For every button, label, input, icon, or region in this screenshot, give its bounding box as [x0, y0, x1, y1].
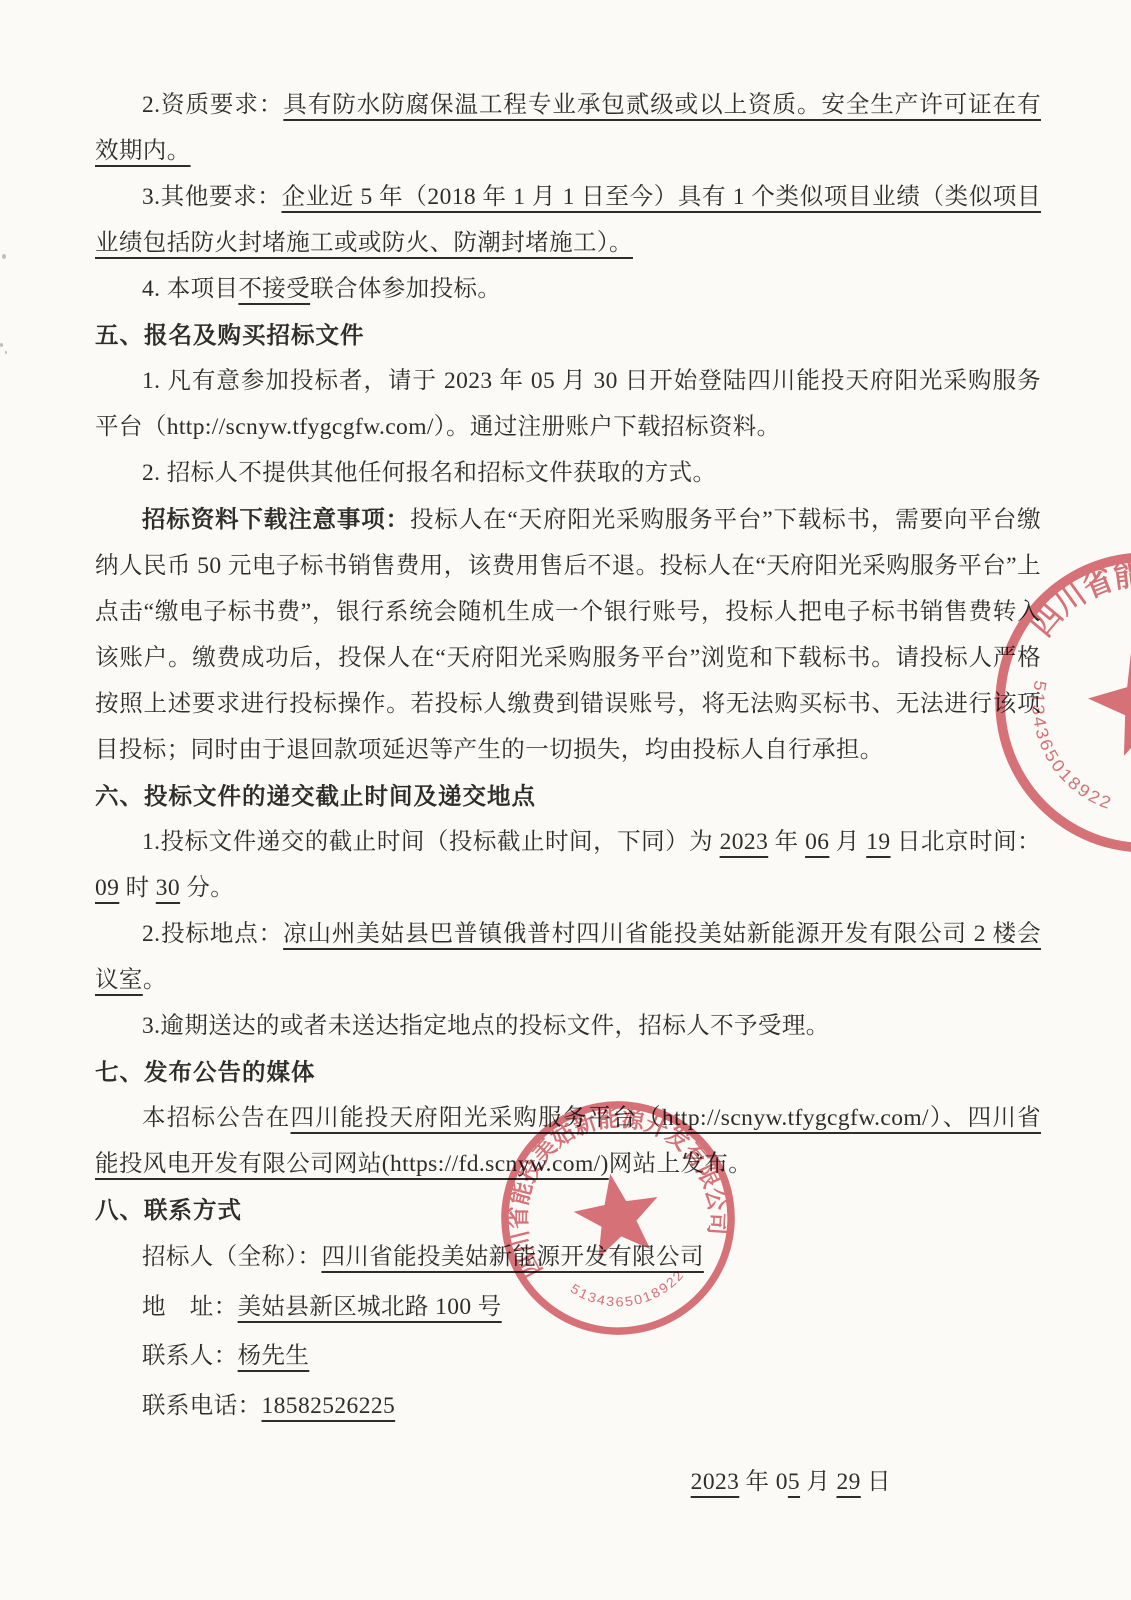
- contact-phone-line-segment: 18582526225: [262, 1393, 396, 1419]
- document-body: 2.资质要求：具有防水防腐保温工程专业承包贰级或以上资质。安全生产许可证在有效期…: [95, 82, 1041, 1505]
- section-6-item-1-segment: 06: [805, 829, 829, 855]
- section-7-body: 本招标公告在四川能投天府阳光采购服务平台（http://scnyw.tfygcg…: [95, 1095, 1041, 1187]
- section-6-item-3: 3.逾期送达的或者未送达指定地点的投标文件，招标人不予受理。: [95, 1003, 1041, 1049]
- download-notice-segment: 投标人在“天府阳光采购服务平台”下载标书，需要向平台缴纳人民币 50 元电子标书…: [95, 507, 1041, 763]
- address-line: 地 址：美姑县新区城北路 100 号: [95, 1283, 1041, 1333]
- consortium-clause-segment: 不接受: [238, 276, 310, 302]
- scan-speck: [2, 254, 6, 259]
- issue-date-line: 2023 年 05 月 29 日: [95, 1459, 1041, 1505]
- section-6-item-1-segment: 2023: [720, 829, 769, 855]
- issue-date-line-segment: 年 0: [739, 1469, 788, 1495]
- section-6-item-3-segment: 3.逾期送达的或者未送达指定地点的投标文件，招标人不予受理。: [142, 1013, 830, 1039]
- section-5-item-1-segment: 1. 凡有意参加投标者，请于 2023 年 05 月 30 日开始登陆四川能投天…: [95, 368, 1041, 440]
- section-6-item-2: 2.投标地点：凉山州美姑县巴普镇俄普村四川省能投美姑新能源开发有限公司 2 楼会…: [95, 911, 1041, 1003]
- download-notice: 招标资料下载注意事项：投标人在“天府阳光采购服务平台”下载标书，需要向平台缴纳人…: [95, 496, 1041, 773]
- seal-star-icon: [1077, 626, 1131, 774]
- contact-phone-line-segment: 联系电话：: [142, 1393, 262, 1419]
- contact-phone-line: 联系电话：18582526225: [95, 1382, 1041, 1432]
- issue-date-line-segment: 月: [800, 1469, 836, 1495]
- section-5-heading-segment: 五、报名及购买招标文件: [95, 322, 365, 348]
- other-requirements-segment: 3.其他要求：: [142, 184, 281, 210]
- section-5-heading: 五、报名及购买招标文件: [95, 312, 1041, 358]
- section-6-item-1: 1.投标文件递交的截止时间（投标截止时间，下同）为 2023 年 06 月 19…: [95, 819, 1041, 911]
- section-6-heading-segment: 六、投标文件的递交截止时间及递交地点: [95, 783, 536, 809]
- section-8-heading-segment: 八、联系方式: [95, 1197, 242, 1223]
- section-7-body-segment: 网站上发布。: [609, 1151, 752, 1177]
- issue-date-line-segment: 5: [788, 1469, 800, 1495]
- consortium-clause: 4. 本项目不接受联合体参加投标。: [95, 266, 1041, 312]
- section-6-item-1-segment: 30: [156, 875, 180, 901]
- section-6-item-1-segment: 月: [829, 829, 866, 855]
- section-6-item-1-segment: 1.投标文件递交的截止时间（投标截止时间，下同）为: [142, 829, 720, 855]
- section-7-heading: 七、发布公告的媒体: [95, 1049, 1041, 1095]
- consortium-clause-segment: 联合体参加投标。: [310, 276, 501, 302]
- section-7-body-segment: 本招标公告在: [142, 1105, 291, 1131]
- issue-date-line-segment: 2023: [691, 1469, 740, 1495]
- section-5-item-1: 1. 凡有意参加投标者，请于 2023 年 05 月 30 日开始登陆四川能投天…: [95, 358, 1041, 450]
- address-line-segment: 地 址：: [142, 1294, 238, 1320]
- tenderer-name-line: 招标人（全称）：四川省能投美姑新能源开发有限公司: [95, 1233, 1041, 1283]
- section-6-item-2-segment: 2.投标地点：: [142, 921, 283, 947]
- scan-speck: [0, 343, 3, 347]
- section-8-heading: 八、联系方式: [95, 1187, 1041, 1233]
- section-6-item-1-segment: 19: [866, 829, 890, 855]
- section-6-item-2-segment: 。: [143, 967, 167, 993]
- other-requirements: 3.其他要求：企业近 5 年（2018 年 1 月 1 日至今）具有 1 个类似…: [95, 174, 1041, 266]
- issue-date-line-segment: 29: [837, 1469, 861, 1495]
- section-6-heading: 六、投标文件的递交截止时间及递交地点: [95, 773, 1041, 819]
- contact-person-line-segment: 杨先生: [238, 1343, 310, 1369]
- section-6-item-1-segment: 时: [119, 875, 155, 901]
- section-5-item-2: 2. 招标人不提供其他任何报名和招标文件获取的方式。: [95, 450, 1041, 496]
- contact-person-line-segment: 联系人：: [142, 1343, 238, 1369]
- section-6-item-1-segment: 年: [768, 829, 805, 855]
- tenderer-name-line-segment: 招标人（全称）：: [142, 1244, 321, 1270]
- tenderer-name-line-segment: 四川省能投美姑新能源开发有限公司: [321, 1244, 703, 1270]
- consortium-clause-segment: 4. 本项目: [142, 276, 238, 302]
- section-6-item-1-segment: 分。: [180, 875, 234, 901]
- section-6-item-1-segment: 日北京时间：: [891, 829, 1041, 855]
- scanned-tender-document: { "page": { "background_color": "#fbfaf7…: [0, 0, 1131, 1600]
- qualification-requirements-segment: 2.资质要求：: [142, 92, 283, 118]
- download-notice-segment: 招标资料下载注意事项：: [142, 506, 410, 532]
- section-7-heading-segment: 七、发布公告的媒体: [95, 1059, 316, 1085]
- address-line-segment: 美姑县新区城北路 100 号: [238, 1294, 502, 1320]
- section-5-item-2-segment: 2. 招标人不提供其他任何报名和招标文件获取的方式。: [142, 460, 716, 486]
- qualification-requirements: 2.资质要求：具有防水防腐保温工程专业承包贰级或以上资质。安全生产许可证在有效期…: [95, 82, 1041, 174]
- contact-person-line: 联系人：杨先生: [95, 1332, 1041, 1382]
- scan-speck: [5, 351, 7, 354]
- section-6-item-1-segment: 09: [95, 875, 119, 901]
- issue-date-line-segment: 日: [861, 1469, 891, 1495]
